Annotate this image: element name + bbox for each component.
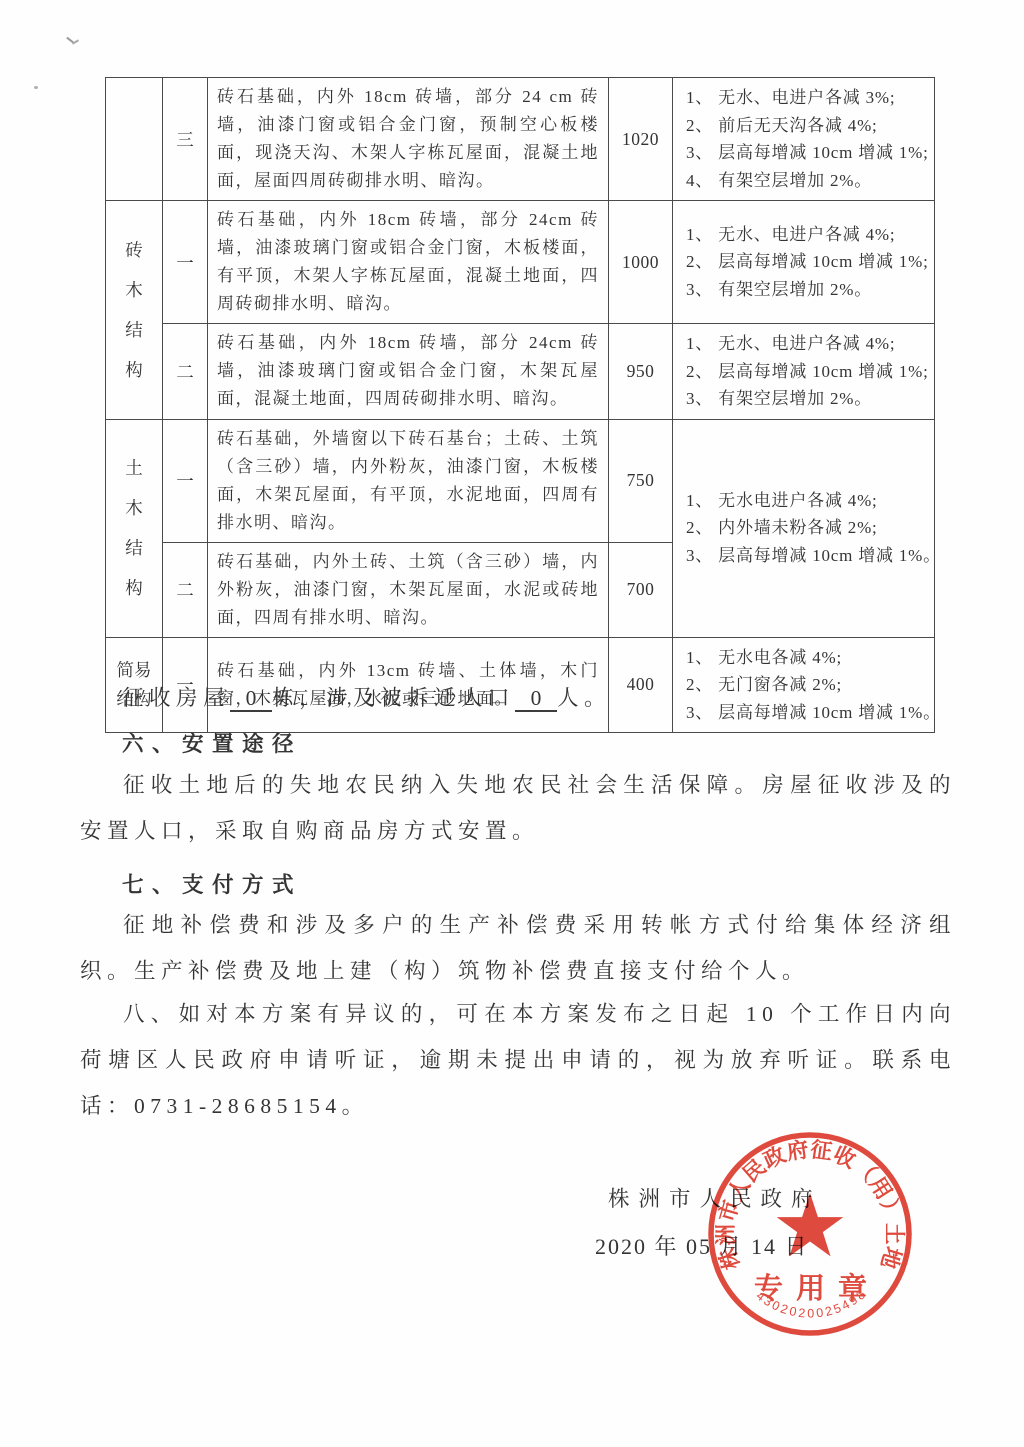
table-row: 二 砖石基础，内外 18cm 砖墙，部分 24cm 砖墙，油漆玻璃门窗或铝合金门… (106, 324, 935, 420)
cell-structure-category: 砖木结构 (106, 201, 163, 420)
seal-star-icon (777, 1193, 844, 1256)
cell-grade: 一 (163, 419, 208, 542)
document-page: 三 砖石基础，内外 18cm 砖墙，部分 24 cm 砖墙，油漆门窗或铝合金门窗… (0, 0, 1024, 1447)
cell-adjustments: 1、 无水、电进户各减 3%; 2、 前后无天沟各减 4%; 3、 层高每增减 … (673, 78, 935, 201)
section-seven-body: 征地补偿费和涉及多户的生产补偿费采用转帐方式付给集体经济组织。生产补偿费及地上建… (80, 902, 956, 994)
cell-description: 砖石基础，外墙窗以下砖石基台；土砖、土筑（含三砂）墙，内外粉灰，油漆门窗，木板楼… (208, 419, 609, 542)
adjustment-item: 1、 无水电进户各减 4%; (686, 487, 928, 515)
scan-artifact (34, 86, 38, 89)
official-seal: 株洲市人民政府征收（用）土地公告 专用章 4302020025498 (701, 1125, 919, 1343)
section-six-title: 六、安置途径 (122, 727, 302, 758)
houses-text: 栋，涉及被拆迁人口 (272, 686, 515, 710)
adjustment-item: 2、 层高每增减 10cm 增减 1%; (686, 358, 928, 386)
cell-unit-price: 750 (609, 419, 673, 542)
adjustment-item: 3、 层高每增减 10cm 增减 1%。 (686, 542, 928, 570)
compensation-table: 三 砖石基础，内外 18cm 砖墙，部分 24 cm 砖墙，油漆门窗或铝合金门窗… (105, 77, 935, 733)
table-row: 三 砖石基础，内外 18cm 砖墙，部分 24 cm 砖墙，油漆门窗或铝合金门窗… (106, 78, 935, 201)
section-seven-title: 七、支付方式 (122, 868, 302, 899)
cell-unit-price: 950 (609, 324, 673, 420)
houses-count-line: 征收房屋0栋，涉及被拆迁人口0人。 (80, 681, 611, 712)
cell-grade: 三 (163, 78, 208, 201)
adjustment-item: 2、 内外墙未粉各减 2%; (686, 514, 928, 542)
adjustment-item: 3、 层高每增减 10cm 增减 1%。 (686, 699, 928, 727)
adjustment-item: 3、 有架空层增加 2%。 (686, 276, 928, 304)
table-row: 砖木结构 一 砖石基础，内外 18cm 砖墙，部分 24cm 砖墙，油漆玻璃门窗… (106, 201, 935, 324)
cell-adjustments: 1、 无水、电进户各减 4%; 2、 层高每增减 10cm 增减 1%; 3、 … (673, 324, 935, 420)
cell-grade: 一 (163, 201, 208, 324)
section-eight-body: 八、如对本方案有异议的，可在本方案发布之日起 10 个工作日内向荷塘区人民政府申… (80, 991, 956, 1129)
cell-structure-category: 土木结构 (106, 419, 163, 637)
cell-unit-price: 400 (609, 637, 673, 733)
adjustment-item: 4、 有架空层增加 2%。 (686, 167, 928, 195)
houses-count-value: 0 (230, 687, 272, 712)
cell-description: 砖石基础，内外 18cm 砖墙，部分 24 cm 砖墙，油漆门窗或铝合金门窗，预… (208, 78, 609, 201)
adjustment-item: 1、 无水、电进户各减 4%; (686, 221, 928, 249)
cell-grade: 二 (163, 542, 208, 637)
adjustment-item: 1、 无水、电进户各减 4%; (686, 330, 928, 358)
cell-adjustments: 1、 无水、电进户各减 4%; 2、 层高每增减 10cm 增减 1%; 3、 … (673, 201, 935, 324)
section-six-body: 征收土地后的失地农民纳入失地农民社会生活保障。房屋征收涉及的安置人口，采取自购商… (80, 762, 956, 854)
category-label: 砖木结构 (124, 230, 144, 390)
adjustment-item: 3、 有架空层增加 2%。 (686, 385, 928, 413)
relocated-people-value: 0 (515, 687, 557, 712)
cell-description: 砖石基础，内外土砖、土筑（含三砂）墙，内外粉灰，油漆门窗，木架瓦屋面，水泥或砖地… (208, 542, 609, 637)
cell-grade: 二 (163, 324, 208, 420)
cell-description: 砖石基础，内外 18cm 砖墙，部分 24cm 砖墙，油漆玻璃门窗或铝合金门窗，… (208, 201, 609, 324)
adjustment-item: 1、 无水、电进户各减 3%; (686, 84, 928, 112)
houses-text: 人。 (557, 686, 611, 710)
adjustment-item: 3、 层高每增减 10cm 增减 1%; (686, 139, 928, 167)
adjustment-item: 2、 前后无天沟各减 4%; (686, 112, 928, 140)
table-row: 土木结构 一 砖石基础，外墙窗以下砖石基台；土砖、土筑（含三砂）墙，内外粉灰，油… (106, 419, 935, 542)
houses-text: 征收房屋 (122, 686, 230, 710)
cell-adjustments: 1、 无水电进户各减 4%; 2、 内外墙未粉各减 2%; 3、 层高每增减 1… (673, 419, 935, 637)
cell-unit-price: 1020 (609, 78, 673, 201)
adjustment-item: 2、 无门窗各减 2%; (686, 671, 928, 699)
cell-unit-price: 1000 (609, 201, 673, 324)
category-label: 土木结构 (124, 448, 144, 608)
cell-unit-price: 700 (609, 542, 673, 637)
cell-adjustments: 1、 无水电各减 4%; 2、 无门窗各减 2%; 3、 层高每增减 10cm … (673, 637, 935, 733)
adjustment-item: 2、 层高每增减 10cm 增减 1%; (686, 248, 928, 276)
adjustment-item: 1、 无水电各减 4%; (686, 644, 928, 672)
cell-description: 砖石基础，内外 18cm 砖墙，部分 24cm 砖墙，油漆玻璃门窗或铝合金门窗，… (208, 324, 609, 420)
cell-structure-category (106, 78, 163, 201)
